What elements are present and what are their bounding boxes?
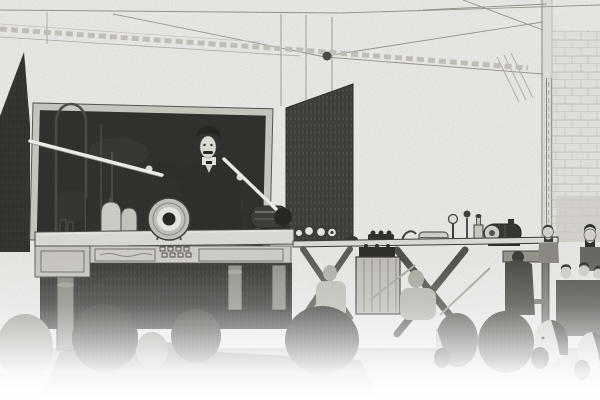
tesla-lecture-engraving (0, 0, 600, 400)
engraving-stage (0, 0, 600, 400)
bottom-fade (0, 255, 600, 400)
